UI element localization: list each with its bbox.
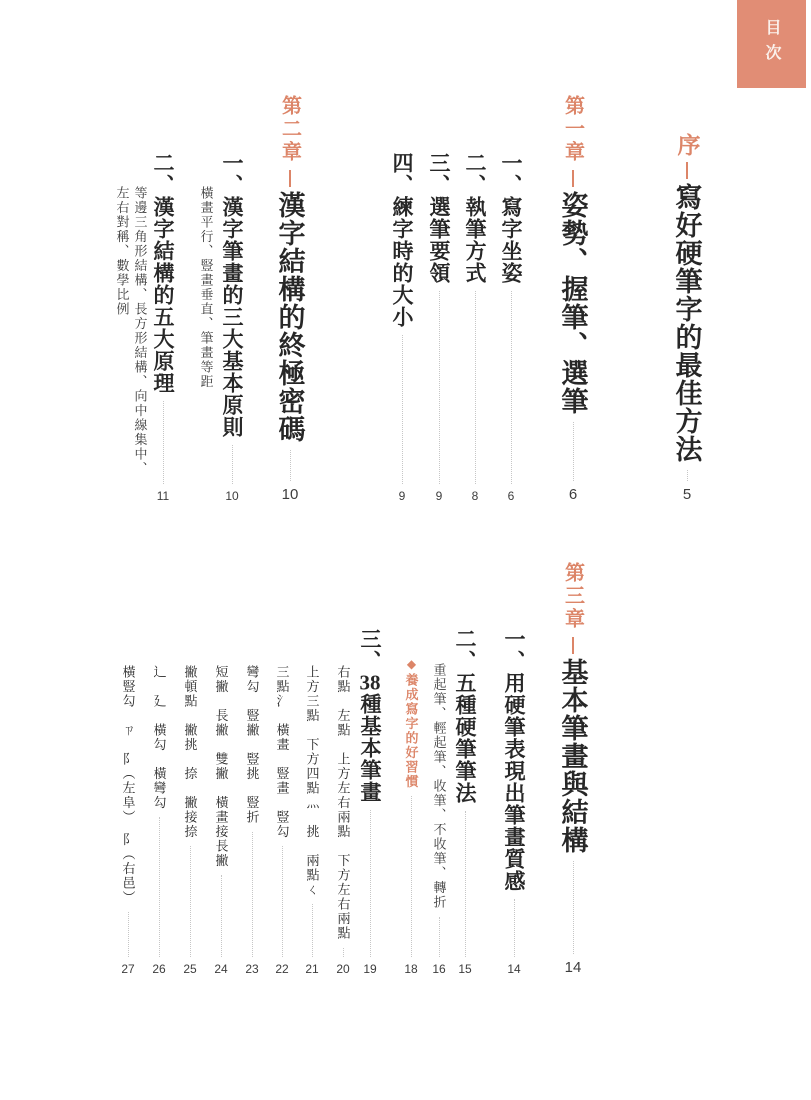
ch1-sec4-page-number: 9	[399, 489, 406, 503]
toc-entry-strokes-7: 辶 廴 橫勾 橫彎勾 26	[151, 665, 167, 976]
ch1-sec1-title: 一、寫字坐姿	[496, 152, 526, 284]
corner-tab-label: 目次	[760, 19, 783, 69]
chapter3-title: 基本筆畫與結構	[554, 658, 593, 854]
chapter2-page-number: 10	[282, 486, 299, 503]
ch2-sec2-note-text2: 左右對稱、數學比例	[113, 186, 132, 317]
ch3-sec3-title: 三、38種基本筆畫	[355, 628, 385, 803]
toc-entry-ch2-sec1: 一、漢字筆畫的三大基本原則 10	[219, 152, 245, 503]
dotted-leader	[312, 904, 313, 957]
toc-entry-ch1-sec4: 四、練字時的大小 9	[389, 152, 415, 503]
ch3-sec2-note-text: 重起筆、輕起筆、收筆、不收筆、轉折	[430, 663, 449, 910]
chapter2-dash	[289, 170, 291, 187]
ch3-sec3-page-number: 19	[363, 962, 376, 976]
preface-label: 序	[671, 133, 704, 156]
chapter3-page-number: 14	[565, 959, 582, 976]
toc-entry-ch1-sec2: 二、執筆方式 8	[462, 152, 488, 503]
toc-entry-preface: 序 寫好硬筆字的最佳方法 5	[672, 133, 702, 503]
chapter1-page-number: 6	[569, 486, 577, 503]
strokes-1-text: 右點 左點 上方左右兩點 下方左右兩點	[334, 665, 353, 941]
dotted-leader	[411, 796, 412, 957]
toc-entry-strokes-1: 右點 左點 上方左右兩點 下方左右兩點 20	[335, 665, 351, 976]
dotted-leader	[465, 811, 466, 957]
toc-entry-ch1-sec3: 三、選筆要領 9	[426, 152, 452, 503]
dotted-leader	[290, 450, 291, 481]
toc-entry-strokes-4: 彎勾 豎撇 豎挑 豎折 23	[244, 665, 260, 976]
ch3-sec3-title-number: 38	[358, 672, 382, 693]
strokes-4-text: 彎勾 豎撇 豎挑 豎折	[243, 665, 262, 825]
ch3-sec3-title-pre: 三、	[358, 628, 382, 672]
strokes-2-text: 上方三點 下方四點灬 挑 兩點ㄑ	[303, 665, 322, 897]
dotted-leader	[439, 291, 440, 484]
chapter3-label: 第三章	[559, 562, 588, 631]
dotted-leader	[221, 875, 222, 957]
dotted-leader	[128, 912, 129, 957]
ch3-sec2-note-page-number: 16	[432, 962, 445, 976]
strokes-8-page-number: 27	[121, 962, 134, 976]
ch2-sec2-note-line1: 等邊三角形結構、長方形結構、向中線集中、	[132, 186, 148, 476]
chapter2-title: 漢字結構的終極密碼	[271, 191, 310, 443]
strokes-5-text: 短撇 長撇 雙撇 橫畫接長撇	[212, 665, 231, 868]
strokes-5-page-number: 24	[214, 962, 227, 976]
strokes-6-page-number: 25	[183, 962, 196, 976]
dotted-leader	[232, 445, 233, 484]
dotted-leader	[343, 948, 344, 958]
dotted-leader	[475, 291, 476, 484]
preface-title: 寫好硬筆字的最佳方法	[668, 183, 707, 463]
dotted-leader	[573, 422, 574, 481]
ch3-sec1-page-number: 14	[507, 962, 520, 976]
dotted-leader	[282, 846, 283, 957]
toc-page: 目次 序 寫好硬筆字的最佳方法 5 第一章 姿勢、握筆、選筆 6 一、寫字坐姿 …	[0, 0, 811, 1100]
ch3-sec1-title: 一、用硬筆表現出筆畫質感	[499, 628, 529, 892]
toc-entry-ch2-sec2: 二、漢字結構的五大原理 11	[150, 152, 176, 503]
dotted-leader	[163, 401, 164, 484]
dotted-leader	[402, 335, 403, 484]
ch3-sec3-title-suffix: 種基本筆畫	[358, 693, 382, 803]
preface-dash	[686, 162, 688, 179]
ch2-sec2-note-line2: 左右對稱、數學比例	[114, 186, 130, 317]
chapter2-label: 第二章	[276, 95, 305, 164]
toc-entry-strokes-2: 上方三點 下方四點灬 挑 兩點ㄑ 21	[304, 665, 320, 976]
dotted-leader	[370, 810, 371, 957]
dotted-leader	[514, 899, 515, 957]
strokes-7-text: 辶 廴 橫勾 橫彎勾	[150, 665, 169, 810]
chapter3-dash	[572, 637, 574, 654]
strokes-4-page-number: 23	[245, 962, 258, 976]
dotted-leader	[573, 861, 574, 954]
writing-habit-tip-title: 養成寫字的好習慣	[402, 673, 421, 789]
ch2-sec2-note-text1: 等邊三角形結構、長方形結構、向中線集中、	[131, 186, 150, 476]
ch1-sec1-page-number: 6	[508, 489, 515, 503]
toc-entry-ch3-sec1: 一、用硬筆表現出筆畫質感 14	[501, 628, 527, 976]
toc-entry-ch3-sec3: 三、38種基本筆畫 19	[357, 628, 383, 976]
diamond-bullet-icon: ◆	[404, 657, 419, 671]
chapter1-label: 第一章	[559, 95, 588, 164]
dotted-leader	[511, 291, 512, 484]
strokes-1-page-number: 20	[336, 962, 349, 976]
ch1-sec3-title: 三、選筆要領	[424, 152, 454, 284]
ch2-sec1-title: 一、漢字筆畫的三大基本原則	[217, 152, 247, 438]
toc-entry-writing-habit-tip: ◆ 養成寫字的好習慣 18	[403, 657, 419, 976]
toc-entry-chapter3: 第三章 基本筆畫與結構 14	[558, 562, 588, 976]
strokes-3-text: 三點氵 橫畫 豎畫 豎勾	[273, 665, 292, 839]
dotted-leader	[252, 832, 253, 958]
toc-entry-chapter2: 第二章 漢字結構的終極密碼 10	[275, 95, 305, 503]
ch3-sec2-page-number: 15	[458, 962, 471, 976]
dotted-leader	[190, 846, 191, 957]
preface-page-number: 5	[683, 486, 691, 503]
ch3-sec2-title: 二、五種硬筆筆法	[450, 628, 480, 804]
chapter1-title: 姿勢、握筆、選筆	[554, 191, 593, 415]
corner-tab: 目次	[737, 0, 806, 88]
strokes-8-text: 橫豎勾 ㄗ 阝（左阜） 阝（右邑）	[119, 665, 138, 905]
toc-entry-strokes-3: 三點氵 橫畫 豎畫 豎勾 22	[274, 665, 290, 976]
toc-entry-chapter1: 第一章 姿勢、握筆、選筆 6	[558, 95, 588, 503]
ch1-sec4-title: 四、練字時的大小	[387, 152, 417, 328]
dotted-leader	[687, 470, 688, 481]
toc-entry-ch3-sec2: 二、五種硬筆筆法 15	[452, 628, 478, 976]
toc-entry-strokes-5: 短撇 長撇 雙撇 橫畫接長撇 24	[213, 665, 229, 976]
toc-entry-ch1-sec1: 一、寫字坐姿 6	[498, 152, 524, 503]
dotted-leader	[159, 817, 160, 957]
writing-habit-tip-page-number: 18	[404, 962, 417, 976]
toc-entry-ch3-sec2-note: 重起筆、輕起筆、收筆、不收筆、轉折 16	[431, 663, 447, 976]
toc-entry-strokes-6: 撇頓點 撇挑 捺 撇接捺 25	[182, 665, 198, 976]
toc-entry-strokes-8: 橫豎勾 ㄗ 阝（左阜） 阝（右邑） 27	[120, 665, 136, 976]
chapter1-dash	[572, 170, 574, 187]
strokes-3-page-number: 22	[275, 962, 288, 976]
ch1-sec2-page-number: 8	[472, 489, 479, 503]
ch2-sec2-page-number: 11	[157, 489, 169, 503]
strokes-7-page-number: 26	[152, 962, 165, 976]
ch2-sec2-title: 二、漢字結構的五大原理	[148, 152, 178, 394]
dotted-leader	[439, 917, 440, 958]
ch2-sec1-note: 橫畫平行、豎畫垂直、筆畫等距	[198, 186, 214, 389]
ch1-sec3-page-number: 9	[436, 489, 443, 503]
strokes-2-page-number: 21	[305, 962, 318, 976]
ch2-sec1-page-number: 10	[225, 489, 238, 503]
ch2-sec1-note-text: 橫畫平行、豎畫垂直、筆畫等距	[197, 186, 216, 389]
ch1-sec2-title: 二、執筆方式	[460, 152, 490, 284]
strokes-6-text: 撇頓點 撇挑 捺 撇接捺	[181, 665, 200, 839]
